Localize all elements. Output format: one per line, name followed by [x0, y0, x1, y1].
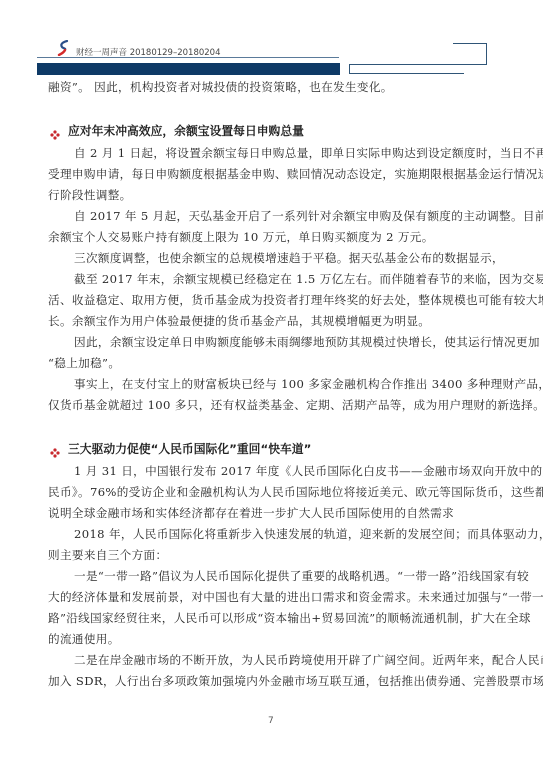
document-page: 财经一周声音 20180129–20180204 融资”。 因此，机构投资者对城… [0, 0, 543, 768]
paragraph-line: 民币》。76%的受访企业和金融机构认为人民币国际地位将接近美元、欧元等国际货币，… [48, 484, 543, 500]
header-bar [37, 63, 340, 75]
paragraph-line: 因此，余额宝设定单日申购额度能够未雨绸缪地预防其规模过快增长，使其运行情况更加 [74, 334, 540, 350]
paragraph-line: 自 2017 年 5 月起，天弘基金开启了一系列针对余额宝申购及保有额度的主动调… [74, 208, 543, 224]
header-bracket-top [453, 43, 487, 65]
paragraph-line: “稳上加稳”。 [48, 355, 120, 371]
paragraph-line: 则主要来自三个方面： [48, 547, 167, 563]
paragraph-line: 截至 2017 年末，余额宝规模已经稳定在 1.5 万亿左右。而伴随着春节的来临… [74, 271, 543, 287]
paragraph-line: 事实上，在支付宝上的财富板块已经与 100 多家金融机构合作推出 3400 多种… [74, 376, 543, 392]
paragraph-line: 2018 年，人民币国际化将重新步入快速发展的轨道，迎来新的发展空间；而具体驱动… [74, 526, 543, 542]
header-rule [37, 57, 339, 58]
logo-icon [56, 40, 72, 56]
paragraph-line: 加入 SDR，人行出台多项政策加强境内外金融市场互联互通，包括推出债券通、完善股… [48, 673, 543, 689]
paragraph-line: 1 月 31 日，中国银行发布 2017 年度《人民币国际化白皮书——金融市场双… [74, 463, 543, 479]
paragraph-line: 路”沿线国家经贸往来，人民币可以形成“资本输出+贸易回流”的顺畅流通机制，扩大在… [48, 610, 531, 626]
paragraph-line: 仅货币基金就超过 100 多只，还有权益类基金、定期、活期产品等，成为用户理财的… [48, 397, 543, 413]
page-number: 7 [268, 716, 274, 726]
paragraph-line: 受理申购申请，每日申购额度根据基金申购、赎回情况动态设定，实施期限根据基金运行情… [48, 166, 543, 182]
paragraph-line: 融资”。 因此，机构投资者对城投债的投资策略，也在发生变化。 [48, 79, 393, 95]
paragraph-line: 说明全球金融市场和实体经济都存在着进一步扩大人民币国际使用的自然需求 [48, 505, 454, 521]
paragraph-line: 余额宝个人交易账户持有额度上限为 10 万元，单日购买额度为 2 万元。 [48, 229, 434, 245]
paragraph-line: 大的经济体量和发展前景，对中国也有大量的进出口需求和资金需求。未来通过加强与“一… [48, 589, 543, 605]
header-bracket-bottom-line [349, 73, 464, 74]
paragraph-line: 活、收益稳定、取用方便，货币基金成为投资者打理年终奖的好去处，整体规模也可能有较… [48, 292, 543, 308]
paragraph-line: 一是“一带一路”倡议为人民币国际化提供了重要的战略机遇。“一带一路”沿线国家有较 [74, 568, 529, 584]
paragraph-line: 行阶段性调整。 [48, 187, 132, 203]
section-heading: 三大驱动力促使“人民币国际化”重回“快车道” [68, 440, 311, 457]
paragraph-line: 二是在岸金融市场的不断开放，为人民币跨境使用开辟了广阔空间。近两年来，配合人民币 [74, 652, 543, 668]
paragraph-line: 自 2 月 1 日起，将设置余额宝每日申购总量，即单日实际申购达到设定额度时，当… [74, 145, 543, 161]
diamond-bullet-icon [50, 443, 60, 453]
paragraph-line: 长。余额宝作为用户体验最便捷的货币基金产品，其规模增幅更为明显。 [48, 313, 430, 329]
diamond-bullet-icon [50, 125, 60, 135]
paragraph-line: 三次额度调整，也使余额宝的总规模增速趋于平稳。据天弘基金公布的数据显示， [74, 250, 504, 266]
paragraph-line: 的流通使用。 [48, 631, 120, 647]
section-heading: 应对年末冲高效应，余额宝设置每日申购总量 [68, 122, 304, 139]
